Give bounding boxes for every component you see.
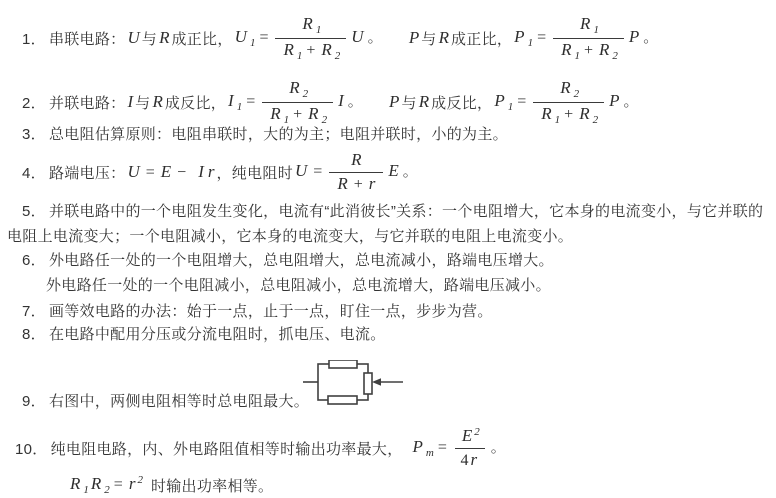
sup-2: 2 xyxy=(137,474,143,486)
var-r: R xyxy=(561,40,571,59)
period: 。 xyxy=(368,29,383,46)
formula-p2-lhs: P xyxy=(494,91,504,110)
var-u: U xyxy=(127,28,139,48)
sub-1: 1 xyxy=(574,50,580,62)
var-r: R xyxy=(337,174,347,193)
period: 。 xyxy=(491,439,506,456)
line-4-label: 路端电压： xyxy=(49,162,126,183)
line-1-prop: 成正比， xyxy=(171,28,232,49)
line-1-prop2: 成正比， xyxy=(451,28,512,49)
sub-2: 2 xyxy=(303,88,309,100)
note-line-6: 6． 外电路任一处的一个电阻增大，总电阻增大，总电流减小，路端电压增大。 xyxy=(22,250,554,268)
sub-2: 2 xyxy=(104,484,110,496)
var-r: R xyxy=(152,92,162,112)
line-6-text2: 外电路任一处的一个电阻减小，总电阻减小，总电流增大，路端电压减小。 xyxy=(46,274,551,295)
line-2-with: 与 xyxy=(135,92,150,113)
line-6-text: 外电路任一处的一个电阻增大，总电阻增大，总电流减小，路端电压增大。 xyxy=(49,249,554,270)
var-r: R xyxy=(70,474,80,493)
equals-sign: = xyxy=(438,439,447,456)
formula-p1: P1=R1R1+R2P。 xyxy=(512,13,658,64)
note-line-5-continued: 电阻上电流变大；一个电阻减小，它本身的电流变大，与它并联的电阻上电流变小。 xyxy=(7,226,573,244)
line-2-prop: 成反比， xyxy=(165,92,226,113)
equals-sign: = xyxy=(146,164,155,181)
var-u: U xyxy=(127,162,139,181)
sub-1: 1 xyxy=(593,24,599,36)
line-2-prop2: 成反比， xyxy=(431,92,492,113)
formula-u1-lhs: U xyxy=(235,27,247,46)
line-5-text: 并联电路中的一个电阻发生变化，电流有“此消彼长”关系：一个电阻增大，它本身的电流… xyxy=(49,200,763,221)
formula-u1-fraction: R1R1+R2 xyxy=(275,13,346,64)
line-3-number: 3． xyxy=(22,123,46,144)
var-r: R xyxy=(439,28,449,48)
formula-terminal-voltage: U=E−Ir xyxy=(125,162,216,182)
formula-max-output-power: Pm=E24r。 xyxy=(411,425,507,471)
period: 。 xyxy=(643,29,658,46)
minus-sign: − xyxy=(177,164,186,181)
fraction-denominator: 4r xyxy=(455,448,486,471)
period: 。 xyxy=(403,163,418,180)
formula-p2-fraction: R2R1+R2 xyxy=(533,77,604,128)
fraction-denominator: R+r xyxy=(329,172,383,195)
line-6-number: 6． xyxy=(22,249,46,270)
plus-sign: + xyxy=(354,176,363,193)
var-i: I xyxy=(127,92,133,112)
line-5-number: 5． xyxy=(22,200,46,221)
formula-p2: P1=R2R1+R2P。 xyxy=(492,77,638,128)
formula-i1-lhs-sub: 1 xyxy=(237,101,243,113)
formula-i1-fraction: R2R1+R2 xyxy=(262,77,333,128)
formula-equal-output-power: R1R2=r2 xyxy=(68,474,143,497)
formula-pm-lhs-sub: m xyxy=(426,447,434,459)
line-1-with2: 与 xyxy=(421,28,436,49)
line-10-text: 纯电阻电路，内、外电路阻值相等时输出功率最大， xyxy=(51,438,403,459)
fraction-denominator: R1+R2 xyxy=(275,38,346,64)
var-r: R xyxy=(283,40,293,59)
resistor-top xyxy=(329,360,357,368)
fraction-denominator: R1+R2 xyxy=(533,102,604,128)
line-10-number: 10． xyxy=(15,438,48,459)
fraction-numerator: E2 xyxy=(454,425,486,448)
plus-sign: + xyxy=(564,106,573,123)
sub-1: 1 xyxy=(83,484,89,496)
line-1-label: 串联电路： xyxy=(49,28,126,49)
formula-p2-lhs-sub: 1 xyxy=(508,101,514,113)
line-5-text2: 电阻上电流变大；一个电阻减小，它本身的电流变大，与它并联的电阻上电流变小。 xyxy=(7,225,573,246)
var-r: R xyxy=(541,104,551,123)
formula-p1-lhs: P xyxy=(514,27,524,46)
plus-sign: + xyxy=(584,42,593,59)
note-line-4: 4． 路端电压： U=E−Ir ，纯电阻时 U=RR+rE。 xyxy=(22,150,418,194)
equals-sign: = xyxy=(313,163,322,180)
formula-u1: U1=R1R1+R2U。 xyxy=(233,13,383,64)
wiper-arrow-icon xyxy=(372,378,381,386)
line-9-number: 9． xyxy=(22,390,46,411)
line-1-number: 1． xyxy=(22,28,46,49)
var-r: R xyxy=(289,78,299,97)
formula-p1-lhs-sub: 1 xyxy=(528,37,534,49)
line-3-text: 总电阻估算原则：电阻串联时，大的为主；电阻并联时，小的为主。 xyxy=(49,123,508,144)
circuit-loop-wire xyxy=(318,364,368,400)
note-line-9: 9． 右图中，两侧电阻相等时总电阻最大。 xyxy=(22,391,309,409)
line-1-with: 与 xyxy=(142,28,157,49)
formula-pm-fraction: E24r xyxy=(454,425,486,471)
var-r-small: r xyxy=(471,450,478,469)
fraction-numerator: R1 xyxy=(572,13,605,38)
formula-u4-lhs: U xyxy=(295,161,307,180)
line-9-text: 右图中，两侧电阻相等时总电阻最大。 xyxy=(49,390,309,411)
sub-1: 1 xyxy=(555,114,561,126)
sub-1: 1 xyxy=(297,50,303,62)
var-p: P xyxy=(409,28,419,48)
sub-2: 2 xyxy=(335,50,341,62)
fraction-numerator: R2 xyxy=(552,77,585,102)
line-7-text: 画等效电路的办法：始于一点，止于一点，盯住一点，步步为营。 xyxy=(49,300,493,321)
equals-sign: = xyxy=(537,29,546,46)
fraction-numerator: R xyxy=(343,149,369,171)
sub-2: 2 xyxy=(612,50,618,62)
note-line-6-continued: 外电路任一处的一个电阻减小，总电阻减小，总电流增大，路端电压减小。 xyxy=(46,275,551,293)
period: 。 xyxy=(623,93,638,110)
var-r: R xyxy=(419,92,429,112)
formula-pm-lhs: P xyxy=(413,437,423,456)
var-r: R xyxy=(308,104,318,123)
line-8-text: 在电路中配用分压或分流电阻时，抓电压、电流。 xyxy=(49,323,386,344)
var-r: R xyxy=(302,14,312,33)
note-line-8: 8． 在电路中配用分压或分流电阻时，抓电压、电流。 xyxy=(22,324,386,342)
note-line-10: 10． 纯电阻电路，内、外电路阻值相等时输出功率最大， Pm=E24r。 xyxy=(15,426,506,470)
note-line-3: 3． 总电阻估算原则：电阻串联时，大的为主；电阻并联时，小的为主。 xyxy=(22,124,508,142)
var-r: R xyxy=(560,78,570,97)
line-8-number: 8． xyxy=(22,323,46,344)
parallel-resistors-circuit-diagram xyxy=(303,360,403,406)
equals-sign: = xyxy=(259,29,268,46)
var-r-small: r xyxy=(369,174,376,193)
equals-sign: = xyxy=(114,476,123,493)
var-e: E xyxy=(462,426,472,445)
sub-1: 1 xyxy=(316,24,322,36)
plus-sign: + xyxy=(306,42,315,59)
var-r: R xyxy=(159,28,169,48)
var-r: R xyxy=(321,40,331,59)
var-e: E xyxy=(161,162,171,181)
formula-i1: I1=R2R1+R2I。 xyxy=(226,77,363,128)
rheostat-resistor xyxy=(364,373,372,394)
document-page: 1． 串联电路： U 与 R 成正比， U1=R1R1+R2U。 P 与 R 成… xyxy=(0,0,776,498)
formula-u1-factor: U xyxy=(351,27,363,46)
fraction-numerator: R1 xyxy=(294,13,327,38)
var-r: R xyxy=(579,104,589,123)
var-i: I xyxy=(198,162,204,181)
note-line-10-continued: R1R2=r2 时输出功率相等。 xyxy=(68,476,273,494)
var-r: R xyxy=(599,40,609,59)
sup-2: 2 xyxy=(474,426,480,438)
note-line-5: 5． 并联电路中的一个电阻发生变化，电流有“此消彼长”关系：一个电阻增大，它本身… xyxy=(22,201,763,219)
line-7-number: 7． xyxy=(22,300,46,321)
formula-p2-factor: P xyxy=(609,91,619,110)
plus-sign: + xyxy=(293,106,302,123)
formula-u4-factor: E xyxy=(388,161,398,180)
line-10b-text: 时输出功率相等。 xyxy=(151,475,273,496)
fraction-denominator: R1+R2 xyxy=(553,38,624,64)
coefficient-4: 4 xyxy=(461,452,469,469)
equals-sign: = xyxy=(517,93,526,110)
formula-i1-lhs: I xyxy=(228,91,234,110)
var-r: R xyxy=(351,150,361,169)
line-4-mid: ，纯电阻时 xyxy=(217,162,294,183)
var-r-small: r xyxy=(129,474,136,493)
var-r: R xyxy=(580,14,590,33)
note-line-2: 2． 并联电路： I 与 R 成反比， I1=R2R1+R2I。 P 与 R 成… xyxy=(22,79,639,125)
sub-2: 2 xyxy=(574,88,580,100)
var-p: P xyxy=(389,92,399,112)
line-2-label: 并联电路： xyxy=(49,92,126,113)
fraction-numerator: R2 xyxy=(281,77,314,102)
var-r-small: r xyxy=(208,162,215,181)
line-4-number: 4． xyxy=(22,162,46,183)
formula-u4: U=RR+rE。 xyxy=(293,149,418,195)
note-line-7: 7． 画等效电路的办法：始于一点，止于一点，盯住一点，步步为营。 xyxy=(22,301,493,319)
line-2-number: 2． xyxy=(22,92,46,113)
sub-2: 2 xyxy=(593,114,599,126)
formula-i1-factor: I xyxy=(338,91,344,110)
formula-u4-fraction: RR+r xyxy=(329,149,383,195)
period: 。 xyxy=(348,93,363,110)
equals-sign: = xyxy=(246,93,255,110)
resistor-bottom xyxy=(328,396,357,404)
formula-p1-fraction: R1R1+R2 xyxy=(553,13,624,64)
note-line-1: 1． 串联电路： U 与 R 成正比， U1=R1R1+R2U。 P 与 R 成… xyxy=(22,15,659,61)
var-r: R xyxy=(91,474,101,493)
var-r: R xyxy=(270,104,280,123)
formula-u1-lhs-sub: 1 xyxy=(250,37,256,49)
formula-p1-factor: P xyxy=(629,27,639,46)
line-2-with2: 与 xyxy=(401,92,416,113)
